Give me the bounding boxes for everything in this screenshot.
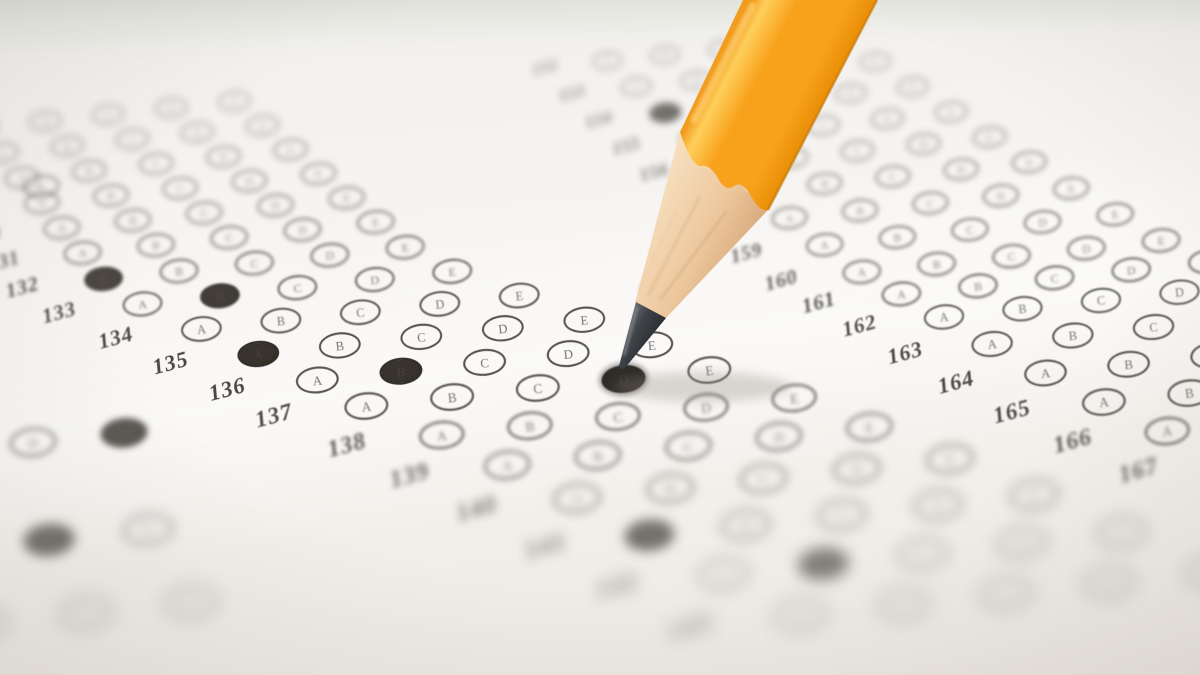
answer-bubble-a: A: [343, 390, 390, 422]
answer-bubble-e: E: [385, 233, 426, 261]
bubble-letter: D: [996, 190, 1005, 202]
answer-bubble-a: A: [1143, 415, 1191, 448]
bubble-letter: C: [785, 95, 792, 105]
answer-bubble-a: A: [236, 339, 281, 370]
bubble-letter: B: [129, 215, 137, 227]
answer-bubble-a: A: [294, 364, 340, 395]
bubble-letter: D: [700, 400, 711, 415]
bubble-letter: E: [515, 289, 524, 302]
bubble-letter: C: [889, 171, 897, 182]
answer-bubble-a: A: [1081, 386, 1128, 418]
answer-bubble-c: C: [161, 175, 199, 201]
answer-bubble-b: B: [1166, 377, 1200, 409]
answer-bubble-b: B: [49, 134, 85, 158]
bubble-letter: C: [854, 145, 862, 156]
answer-bubble-d: D: [22, 521, 76, 558]
answer-bubble-d: D: [57, 593, 115, 632]
answer-bubble-c: C: [911, 190, 949, 216]
bubble-letter: C: [1000, 585, 1012, 602]
bubble-letter: D: [298, 224, 307, 236]
bubble-letter: B: [788, 152, 796, 163]
bubble-letter: E: [287, 144, 294, 155]
answer-bubble-b: B: [506, 409, 554, 442]
answer-bubble-c: C: [138, 151, 175, 176]
answer-bubble-b: B: [259, 306, 302, 336]
answer-bubble-c: C: [739, 63, 772, 85]
bubble-letter: D: [43, 532, 56, 548]
question-number: 156: [630, 156, 678, 188]
bubble-letter: A: [37, 197, 46, 208]
answer-bubble-a: A: [678, 127, 713, 151]
answer-bubble-e: E: [845, 410, 894, 444]
bubble-letter: E: [945, 451, 955, 466]
bubble-letter: B: [276, 314, 285, 327]
answer-bubble-a: A: [121, 289, 163, 318]
answer-bubble-e: E: [1141, 226, 1182, 254]
answer-bubble-d: D: [1158, 278, 1200, 307]
bubble-letter: E: [231, 96, 238, 106]
answer-bubble-e: E: [1094, 514, 1148, 551]
bubble-letter: C: [250, 257, 259, 269]
answer-bubble-c: C: [816, 497, 869, 533]
answer-bubble-a: A: [620, 76, 653, 98]
question-row: ABCDE: [0, 577, 271, 675]
bubble-letter: D: [883, 113, 891, 124]
bubble-letter: A: [632, 82, 640, 92]
question-number: 167: [1106, 448, 1172, 492]
question-number: 142: [580, 561, 653, 609]
bubble-letter: D: [957, 164, 966, 175]
bubble-letter: C: [128, 134, 136, 145]
answer-bubble-c: C: [950, 216, 990, 243]
answer-bubble-b: B: [742, 120, 777, 144]
answer-bubble-d: D: [682, 391, 730, 424]
answer-bubble-a: A: [738, 178, 775, 204]
bubble-letter: C: [1050, 272, 1059, 285]
answer-bubble-d: D: [942, 157, 979, 183]
answer-bubble-e: E: [121, 511, 175, 548]
bubble-letter: E: [143, 521, 154, 537]
bubble-letter: E: [1116, 524, 1127, 540]
answer-bubble-b: B: [680, 69, 713, 91]
bubble-letter: A: [661, 108, 669, 118]
answer-bubble-a: A: [63, 239, 103, 266]
bubble-letter: C: [966, 224, 975, 236]
bubble-letter: B: [821, 178, 829, 189]
answer-bubble-e: E: [1052, 175, 1090, 201]
answer-bubble-e: E: [972, 125, 1008, 150]
bubble-letter: C: [200, 207, 208, 219]
bubble-letter: D: [851, 461, 863, 476]
bubble-letter: B: [41, 116, 49, 126]
answer-bubble-a: A: [970, 329, 1014, 359]
bubble-letter: D: [498, 322, 508, 335]
bubble-letter: A: [752, 185, 761, 196]
bubble-letter: E: [1029, 487, 1040, 503]
bubble-letter: D: [325, 249, 335, 261]
bubble-letter: E: [343, 192, 351, 204]
bubble-letter: B: [447, 390, 457, 404]
paper-sheet: 126ABCDE127ABCDE128ABCDE129ABCDE130ABCDE…: [0, 0, 1200, 675]
bubble-letter: C: [683, 439, 694, 454]
bubble-letter: A: [1162, 424, 1173, 439]
bubble-letter: E: [647, 338, 656, 352]
bubble-letter: E: [372, 216, 380, 228]
answer-bubble-c: C: [462, 347, 508, 378]
answer-bubble-b: B: [92, 183, 130, 209]
answer-bubble-b: B: [645, 471, 696, 506]
answer-bubble-c: C: [806, 113, 841, 137]
bubble-letter: D: [27, 435, 39, 450]
answer-bubble-e: E: [245, 113, 281, 137]
bubble-letter: D: [563, 347, 574, 361]
answer-bubble-d: D: [754, 420, 803, 454]
answer-bubble-c: C: [991, 242, 1032, 270]
answer-bubble-b: B: [28, 109, 62, 133]
answer-bubble-d: D: [870, 107, 905, 131]
bubble-letter: B: [723, 101, 730, 111]
bubble-letter: A: [794, 607, 807, 624]
bubble-letter: D: [245, 175, 254, 186]
answer-bubble-b: B: [318, 330, 363, 361]
answer-bubble-b: B: [199, 281, 241, 310]
bubble-letter: D: [1174, 286, 1184, 299]
bubble-letter: A: [721, 159, 729, 170]
answer-bubble-e: E: [356, 208, 396, 235]
bubble-letter: B: [1018, 302, 1027, 315]
answer-bubble-e: E: [770, 382, 818, 415]
answer-bubble-b: B: [957, 272, 999, 301]
answer-bubble-d: D: [834, 82, 868, 105]
bubble-letter: E: [864, 420, 874, 435]
answer-bubble-b: B: [710, 95, 744, 118]
answer-bubble-c: C: [91, 103, 125, 127]
bubble-letter: C: [356, 306, 365, 319]
answer-bubble-c: C: [399, 322, 444, 353]
answer-bubble-a: A: [697, 556, 751, 593]
bubble-letter: C: [533, 381, 543, 395]
bubble-letter: C: [293, 281, 302, 294]
answer-bubble-c: C: [234, 249, 275, 277]
bubble-letter: B: [661, 50, 668, 59]
bubble-letter: A: [1098, 395, 1109, 409]
bubble-letter: A: [820, 239, 829, 251]
answer-bubble-c: C: [209, 224, 249, 251]
answer-bubble-e: E: [163, 582, 221, 621]
bubble-letter: A: [1040, 366, 1051, 380]
answer-bubble-c: C: [185, 200, 224, 227]
answer-bubble-c: C: [1131, 312, 1175, 342]
answer-bubble-b: B: [796, 545, 850, 582]
answer-bubble-c: C: [0, 604, 10, 643]
answer-bubble-a: A: [0, 141, 20, 165]
answer-bubble-c: C: [978, 574, 1034, 612]
bubble-letter: B: [335, 339, 345, 352]
bubble-letter: E: [1067, 182, 1075, 194]
answer-bubble-e: E: [498, 281, 541, 311]
bubble-letter: C: [416, 330, 426, 343]
answer-bubble-c: C: [874, 164, 911, 190]
answer-bubble-a: A: [773, 596, 829, 634]
answer-bubble-e: E: [300, 161, 338, 187]
answer-bubble-c: C: [1080, 286, 1123, 315]
answer-bubble-d: D: [1023, 208, 1063, 235]
bubble-letter: B: [893, 231, 902, 243]
bubble-letter: B: [817, 556, 829, 572]
bubble-letter: D: [167, 103, 175, 113]
question-number: 143: [652, 602, 727, 652]
answer-bubble-a: A: [923, 302, 966, 331]
question-row: ABCDE: [0, 411, 193, 499]
bubble-letter: C: [758, 471, 769, 486]
bubble-letter: A: [857, 266, 867, 278]
bubble-letter: E: [37, 181, 45, 193]
bubble-letter: D: [219, 151, 228, 162]
question-number: 139: [377, 453, 443, 497]
answer-bubble-a: A: [1023, 357, 1068, 388]
bubble-letter: C: [1149, 320, 1159, 333]
answer-bubble-d: D: [256, 192, 295, 219]
answer-bubble-e: E: [217, 89, 251, 113]
bubble-letter: B: [755, 127, 763, 138]
answer-bubble-c: C: [114, 127, 150, 151]
bubble-letter: D: [1038, 216, 1047, 228]
answer-bubble-b: B: [1001, 294, 1044, 323]
answer-bubble-b: B: [573, 439, 622, 473]
bubble-letter: C: [225, 231, 234, 243]
bubble-letter: E: [186, 593, 198, 610]
bubble-letter: E: [1157, 234, 1165, 246]
answer-bubble-e: E: [934, 100, 969, 124]
answer-bubble-a: A: [418, 419, 466, 452]
answer-bubble-c: C: [664, 429, 713, 463]
question-number: 163: [876, 334, 935, 373]
bubble-letter: B: [740, 517, 751, 533]
answer-bubble-a: A: [552, 481, 603, 516]
bubble-letter: B: [215, 289, 224, 302]
question-number: 157: [658, 182, 708, 215]
answer-bubble-b: B: [841, 197, 879, 223]
bubble-letter: A: [604, 56, 611, 66]
bubble-letter: E: [872, 57, 879, 67]
bubble-letter: A: [896, 288, 906, 301]
answer-bubble-d: D: [1081, 564, 1137, 602]
answer-bubble-c: C: [514, 372, 561, 404]
answer-bubble-a: A: [482, 448, 531, 482]
bubble-letter: E: [1111, 208, 1119, 220]
bubble-letter: D: [193, 127, 201, 138]
answer-bubble-e: E: [686, 354, 733, 386]
bubble-letter: E: [580, 313, 589, 326]
bubble-letter: B: [973, 280, 982, 293]
bubble-letter: B: [1068, 329, 1078, 342]
question-number: 137: [243, 395, 306, 437]
bubble-letter: A: [253, 347, 263, 360]
bubble-letter: E: [1026, 157, 1034, 168]
bubble-letter: A: [78, 247, 87, 259]
bubble-letter: D: [812, 63, 820, 73]
answer-bubble-a: A: [83, 265, 124, 293]
bubble-letter: D: [847, 88, 855, 98]
answer-bubble-d: D: [912, 487, 965, 523]
bubble-letter: A: [361, 399, 372, 413]
answer-bubble-d: D: [481, 313, 526, 344]
bubble-letter: E: [119, 425, 129, 440]
bubble-letter: A: [643, 527, 655, 543]
answer-bubble-d: D: [1110, 255, 1152, 284]
answer-bubble-c: C: [339, 297, 382, 327]
bubble-letter: E: [448, 265, 457, 278]
answer-bubble-e: E: [1187, 247, 1200, 276]
bubble-letter: E: [705, 363, 714, 377]
bubble-letter: B: [897, 596, 909, 613]
bubble-letter: C: [152, 158, 160, 169]
answer-bubble-d: D: [831, 451, 882, 486]
bubble-letter: A: [57, 222, 66, 234]
answer-bubble-a: A: [841, 258, 882, 286]
answer-bubble-d: D: [309, 241, 350, 269]
answer-bubble-c: C: [738, 461, 789, 496]
answer-bubble-b: B: [806, 171, 843, 197]
bubble-letter: E: [259, 120, 266, 131]
bubble-letter: A: [785, 212, 794, 224]
answer-bubble-d: D: [354, 265, 396, 294]
answer-bubble-d: D: [180, 120, 216, 144]
answer-bubble-a: A: [648, 101, 682, 124]
bubble-letter: B: [151, 239, 160, 251]
bubble-letter: C: [926, 197, 934, 209]
question-number: 154: [576, 105, 621, 135]
answer-bubble-d: D: [282, 216, 322, 243]
answer-bubble-d: D: [205, 144, 242, 169]
answer-bubble-a: A: [805, 231, 845, 258]
bubble-letter: C: [1007, 250, 1016, 262]
bubble-letter: D: [773, 429, 785, 444]
answer-bubble-e: E: [1008, 477, 1061, 513]
answer-bubble-d: D: [982, 182, 1020, 208]
answer-bubble-e: E: [1011, 149, 1048, 175]
bubble-letter: B: [525, 419, 535, 434]
bubble-letter: A: [501, 458, 513, 473]
answer-bubble-b: B: [877, 224, 917, 251]
bubble-letter: C: [819, 120, 827, 131]
answer-bubble-d: D: [230, 168, 268, 194]
answer-bubble-d: D: [8, 425, 58, 459]
bubble-letter: D: [932, 497, 944, 513]
bubble-letter: A: [0, 147, 6, 158]
bubble-letter: C: [176, 183, 184, 194]
answer-bubble-a: A: [880, 280, 922, 309]
bubble-letter: B: [592, 448, 603, 463]
bubble-letter: C: [917, 545, 929, 561]
bubble-letter: A: [939, 310, 949, 323]
bubble-letter: C: [613, 409, 623, 424]
bubble-letter: D: [919, 138, 927, 149]
bubble-letter: C: [480, 356, 490, 370]
bubble-letter: B: [107, 190, 115, 201]
answer-bubble-d: D: [995, 524, 1049, 561]
answer-bubble-d: D: [545, 338, 591, 369]
question-number: 141: [511, 523, 581, 570]
bubble-letter: B: [63, 141, 71, 152]
answer-bubble-a: A: [592, 50, 623, 72]
bubble-letter: C: [719, 44, 726, 53]
answer-bubble-c: C: [839, 139, 875, 164]
answer-bubble-b: B: [649, 44, 680, 66]
answer-bubble-a: A: [623, 517, 676, 553]
bubble-letter: B: [396, 364, 406, 378]
bubble-letter: C: [752, 69, 759, 79]
bubble-letter: A: [138, 298, 148, 311]
answer-bubble-e: E: [859, 50, 892, 72]
answer-bubble-d: D: [1066, 234, 1107, 262]
question-number: 166: [1041, 420, 1105, 463]
answer-bubble-c: C: [896, 535, 950, 572]
answer-bubble-e: E: [629, 329, 675, 360]
bubble-letter: D: [435, 297, 445, 310]
answer-bubble-b: B: [378, 356, 424, 387]
answer-bubble-b: B: [1106, 349, 1151, 380]
bubble-letter: E: [401, 241, 409, 253]
bubble-letter: D: [618, 372, 629, 386]
bubble-letter: D: [1016, 535, 1029, 551]
bubble-letter: A: [718, 566, 731, 582]
bubble-letter: B: [692, 76, 699, 86]
bubble-letter: A: [312, 373, 323, 387]
question-number: 138: [315, 424, 379, 467]
bubble-letter: D: [79, 604, 92, 621]
bubble-letter: D: [271, 199, 280, 211]
answer-bubble-e: E: [22, 173, 60, 199]
answer-bubble-d: D: [154, 96, 188, 120]
bubble-letter: B: [856, 205, 864, 217]
bubble-letter: E: [986, 132, 993, 143]
answer-bubble-a: A: [180, 314, 223, 344]
answer-bubble-e: E: [562, 304, 607, 335]
bubble-letter: A: [196, 322, 206, 335]
question-number: 134: [87, 319, 145, 358]
question-number: 140: [443, 486, 511, 531]
bubble-letter: C: [836, 507, 847, 523]
question-number: 158: [688, 209, 739, 243]
bubble-letter: D: [1081, 242, 1091, 254]
answer-bubble-a: A: [707, 152, 743, 177]
answer-bubble-b: B: [773, 145, 809, 170]
question-number: 155: [603, 131, 650, 162]
bubble-letter: A: [571, 490, 583, 505]
answer-bubble-b: B: [136, 231, 176, 258]
answer-bubble-b: B: [429, 381, 476, 413]
answer-bubble-c: C: [276, 273, 318, 302]
answer-bubble-d: D: [906, 132, 942, 157]
bubble-letter: E: [909, 82, 916, 92]
answer-bubble-c: C: [1189, 340, 1200, 371]
question-number: 165: [981, 391, 1043, 432]
answer-bubble-d: D: [418, 289, 461, 319]
bubble-letter: E: [948, 107, 955, 117]
bubble-letter: B: [932, 258, 941, 270]
answer-bubble-c: C: [772, 88, 806, 111]
bubble-letter: A: [436, 428, 447, 443]
bubble-letter: C: [104, 109, 112, 119]
answer-bubble-b: B: [916, 250, 957, 278]
answer-bubble-e: E: [1095, 201, 1135, 228]
answer-bubble-a: A: [42, 215, 81, 242]
answer-bubble-d: D: [799, 57, 832, 79]
answer-bubble-a: A: [770, 205, 808, 231]
bubble-letter: A: [99, 273, 109, 285]
answer-bubble-d: D: [600, 363, 647, 395]
